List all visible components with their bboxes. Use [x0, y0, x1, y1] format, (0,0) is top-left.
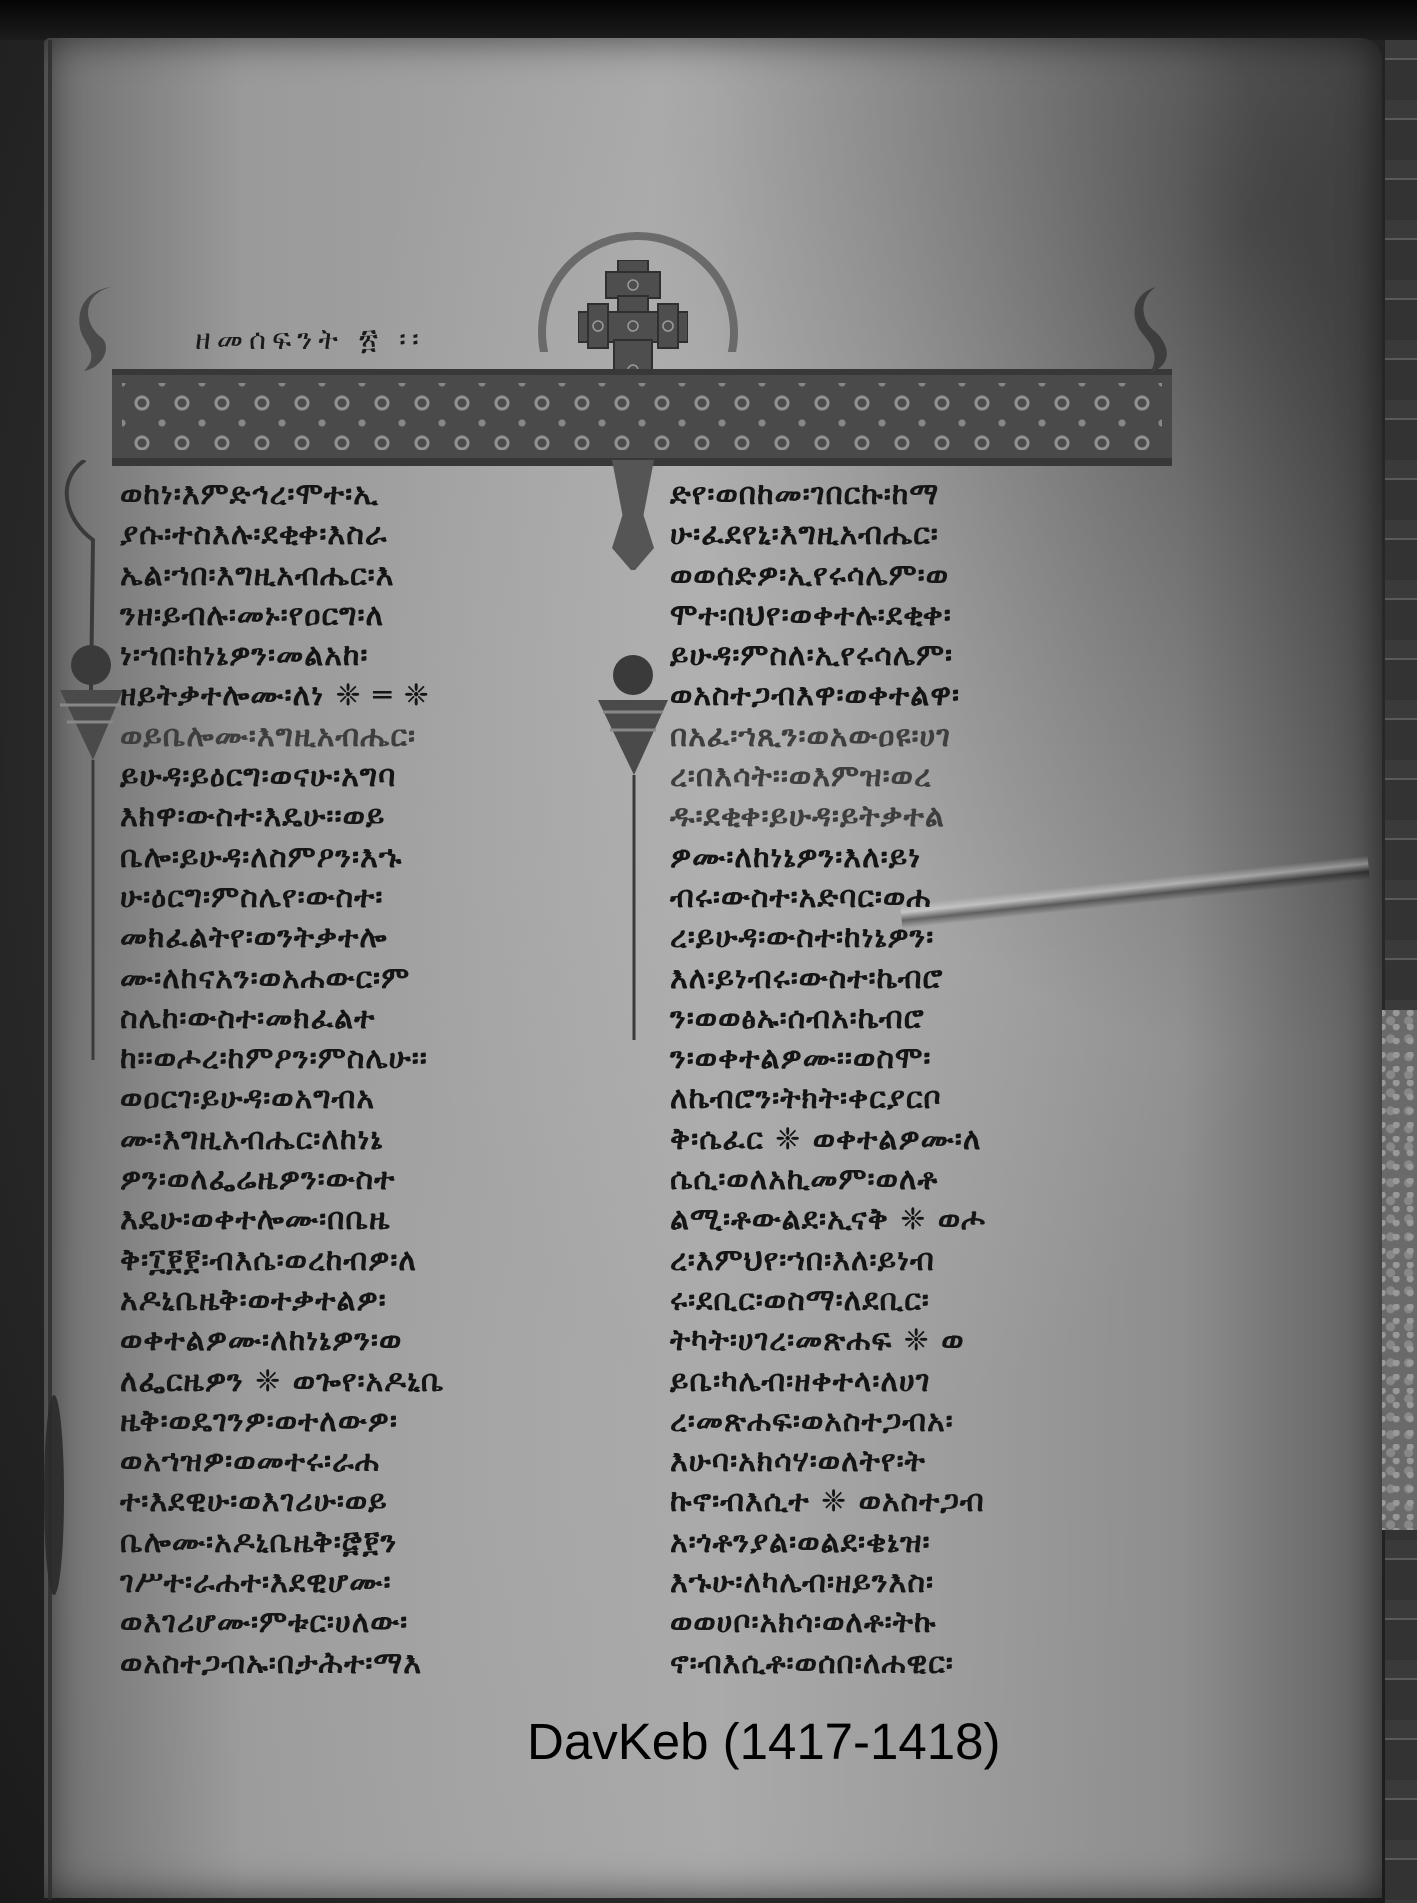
text-line: እኁሁ፡ለካሌብ፡ዘይንእስ፡: [670, 1563, 986, 1603]
text-line: ወከነ፡እምድኅረ፡ሞተ፡ኢ: [120, 475, 445, 515]
text-line: ንዘ፡ይብሉ፡መኑ፡የዐርግ፡ለ: [120, 596, 445, 636]
gutter-line: [48, 40, 52, 1900]
text-line: ቅ፡፲፻፻፡ብእሴ፡ወረከብዎ፡ለ: [120, 1241, 445, 1281]
text-line: ኩኖ፡ብእሲተ ❈ ወአስተጋብ: [670, 1482, 986, 1522]
text-line: ዜቅ፡ወዴገንዎ፡ወተለውዎ፡: [120, 1402, 445, 1442]
text-line: ከ፡፡ወሖረ፡ከምዖን፡ምስሌሁ፡፡: [120, 1039, 445, 1079]
text-line: ድየ፡ወበከመ፡ገበርኩ፡ከማ: [670, 475, 986, 515]
left-text-column: ወከነ፡እምድኅረ፡ሞተ፡ኢ ያሱ፡ተስእሉ፡ደቂቀ፡እስራ ኤል፡ኀበ፡እግዚ…: [120, 475, 445, 1684]
text-line: እዴሁ፡ወቀተሎሙ፡በቤዜ: [120, 1200, 445, 1240]
text-line: አዶኒቤዜቅ፡ወተቃተልዎ፡: [120, 1281, 445, 1321]
text-line: ወይቤሎሙ፡እግዚአብሔር፡: [120, 717, 445, 757]
text-line: ለኬብሮን፡ትክት፡ቀርያርቦ: [670, 1079, 986, 1119]
text-line: ተ፡እደዊሁ፡ወእገሪሁ፡ወይ: [120, 1482, 445, 1522]
text-line: ሁ፡ፈደየኒ፡እግዚአብሔር፡: [670, 515, 986, 555]
text-line: ወወሀቦ፡አክሳ፡ወለቶ፡ትኩ: [670, 1603, 986, 1643]
text-line: ይሁዳ፡ምስለ፡ኢየሩሳሌም፡: [670, 636, 986, 676]
text-line: ይቤ፡ካሌብ፡ዘቀተላ፡ለሀገ: [670, 1362, 986, 1402]
text-line: ወወሰድዎ፡ኢየሩሳሌም፡ወ: [670, 556, 986, 596]
text-line: ሙ፡እግዚአብሔር፡ለከነኔ: [120, 1120, 445, 1160]
text-line: ዱ፡ደቂቀ፡ይሁዳ፡ይትቃተል: [670, 797, 986, 837]
right-text-column: ድየ፡ወበከመ፡ገበርኩ፡ከማ ሁ፡ፈደየኒ፡እግዚአብሔር፡ ወወሰድዎ፡ኢየ…: [670, 475, 986, 1684]
left-pendant-ornament-icon: [55, 460, 125, 1060]
interlace-pattern: [122, 383, 1162, 450]
text-line: ረ፡ይሁዳ፡ውስተ፡ከነኔዎን፡: [670, 918, 986, 958]
text-line: ዎን፡ወለፌሬዜዎን፡ውስተ: [120, 1160, 445, 1200]
text-line: ሁ፡ዕርግ፡ምስሌየ፡ውስተ፡: [120, 878, 445, 918]
text-line: ቤሎሙ፡አዶኒቤዜቅ፡፸፻ን: [120, 1523, 445, 1563]
text-line: ቤሎ፡ይሁዳ፡ለስምዖን፡እኁ: [120, 838, 445, 878]
book-cover-texture: [1378, 1010, 1417, 1530]
text-line: ኤል፡ኀበ፡እግዚአብሔር፡እ: [120, 556, 445, 596]
text-line: ሞተ፡በህየ፡ወቀተሉ፡ደቂቀ፡: [670, 596, 986, 636]
text-line: ለፌርዜዎን ❈ ወጐየ፡አዶኒቤ: [120, 1362, 445, 1402]
text-line: ሙ፡ለከናአን፡ወአሐውር፡ም: [120, 959, 445, 999]
text-line: ኖ፡ብእሲቶ፡ወሰበ፡ለሐዊር፡: [670, 1644, 986, 1684]
text-line: መክፈልትየ፡ወንትቃተሎ: [120, 918, 445, 958]
text-line: አ፡ጎቶንያል፡ወልደ፡ቄኔዝ፡: [670, 1523, 986, 1563]
top-shadow: [0, 0, 1417, 40]
text-line: እለ፡ይነብሩ፡ውስተ፡ኬብሮ: [670, 959, 986, 999]
binding-thread: [44, 1395, 64, 1595]
text-line: ልሚ፡ቶውልደ፡ኢናቅ ❈ ወሖ: [670, 1200, 986, 1240]
text-line: ሴሲ፡ወለአኪመም፡ወለቶ: [670, 1160, 986, 1200]
text-line: ወዐርገ፡ይሁዳ፡ወአግብአ: [120, 1079, 445, 1119]
text-line: እሁባ፡አክሳሃ፡ወለትየ፡ት: [670, 1442, 986, 1482]
text-line: ወአኀዝዎ፡ወመተሩ፡ራሐ: [120, 1442, 445, 1482]
text-line: ረ፡እምህየ፡ኀበ፡እለ፡ይነብ: [670, 1241, 986, 1281]
text-line: ሩ፡ደቢር፡ወስማ፡ለደቢር፡: [670, 1281, 986, 1321]
text-line: ረ፡በእሳት፡፡ወእምዝ፡ወረ: [670, 757, 986, 797]
left-crescent-finial-icon: [72, 283, 132, 373]
text-line: ወእገሪሆሙ፡ምቱር፡ሀለው፡: [120, 1603, 445, 1643]
text-line: ስሌከ፡ውስተ፡መክፈልተ: [120, 999, 445, 1039]
text-line: እክዋ፡ውስተ፡እዴሁ፡፡ወይ: [120, 797, 445, 837]
text-line: ን፡ወቀተልዎሙ፡፡ወስሞ፡: [670, 1039, 986, 1079]
right-crescent-finial-icon: [1120, 285, 1180, 375]
text-line: ወአስተጋብኡ፡በታሕተ፡ማእ: [120, 1644, 445, 1684]
book-cover-edge: [1385, 40, 1417, 1903]
text-line: ገሥተ፡ራሐተ፡እደዊሆሙ፡: [120, 1563, 445, 1603]
text-line: ረ፡መጽሐፍ፡ወአስተጋብአ፡: [670, 1402, 986, 1442]
text-line: ወቀተልዎሙ፡ለከነኔዎን፡ወ: [120, 1321, 445, 1361]
text-line: ወአስተጋብእዋ፡ወቀተልዋ፡: [670, 676, 986, 716]
section-heading: ዘመሰፍንት ፳ ፡፡: [195, 322, 425, 357]
interlace-headpiece-band: [112, 369, 1172, 466]
image-caption: DavKeb (1417-1418): [527, 1712, 1000, 1771]
text-line: ትካት፡ሀገረ፡መጽሐፍ ❈ ወ: [670, 1321, 986, 1361]
text-line: ነ፡ኀበ፡ከነኔዎን፡መልአከ፡: [120, 636, 445, 676]
center-pendant-ornament-icon: [598, 560, 668, 1160]
text-line: ይሁዳ፡ይዕርግ፡ወናሁ፡አግባ: [120, 757, 445, 797]
text-line: ያሱ፡ተስእሉ፡ደቂቀ፡እስራ: [120, 515, 445, 555]
text-line: ቅ፡ሴፈር ❈ ወቀተልዎሙ፡ለ: [670, 1120, 986, 1160]
text-line: በአፈ፡ኀጺን፡ወአውዐዩ፡ሀገ: [670, 717, 986, 757]
text-line: ዘይትቃተሎሙ፡ለነ ❈ ═ ❈: [120, 676, 445, 716]
text-line: ን፡ወወፅኡ፡ሰብአ፡ኬብሮ: [670, 999, 986, 1039]
text-line: ብሩ፡ውስተ፡አድባር፡ወሐ: [670, 878, 986, 918]
text-line: ዎሙ፡ለከነኔዎን፡እለ፡ይነ: [670, 838, 986, 878]
